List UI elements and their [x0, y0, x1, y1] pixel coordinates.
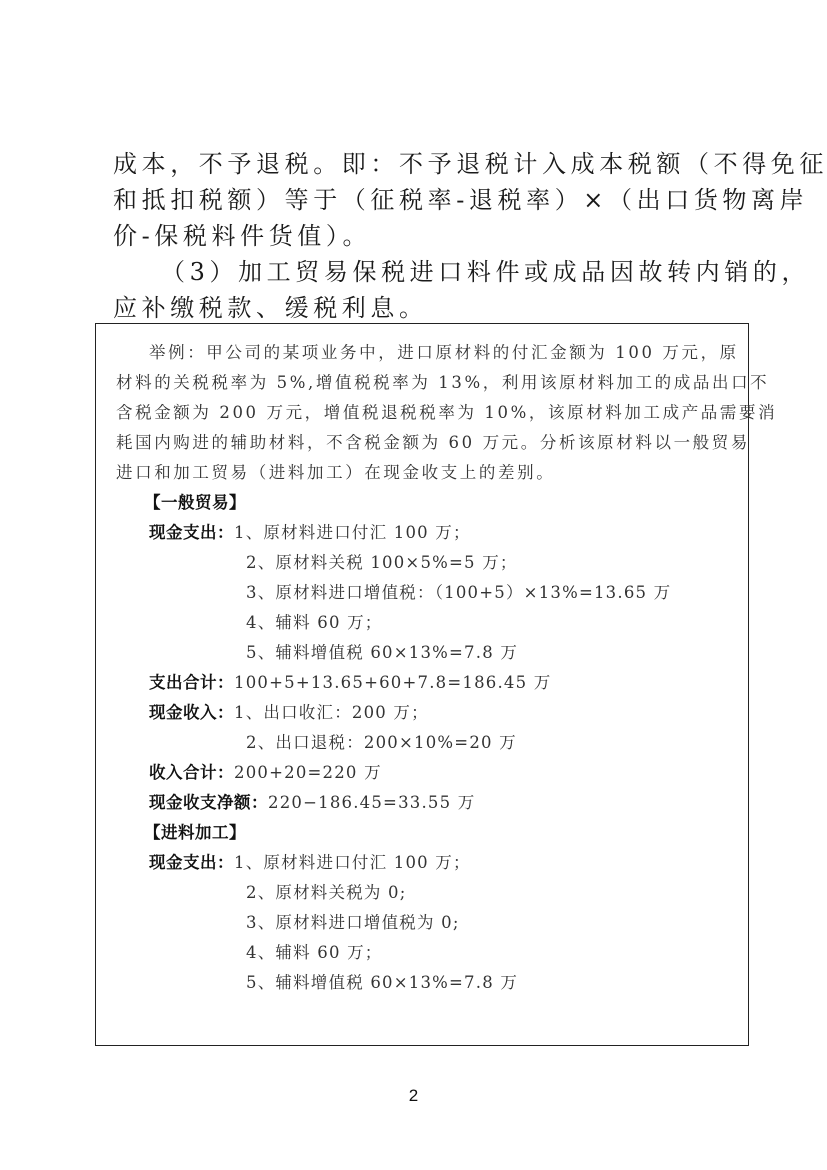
item-3-line: （3）加工贸易保税进口料件或成品因故转内销的， [113, 254, 733, 290]
cash-out-item: 5、辅料增值税 60×13%=7.8 万 [116, 968, 777, 998]
example-content: 举例：甲公司的某项业务中，进口原材料的付汇金额为 100 万元，原 材料的关税税… [116, 338, 777, 998]
intro-line: 和抵扣税额）等于（征税率-退税率）×（出口货物离岸 [113, 182, 733, 218]
cash-out-item: 5、辅料增值税 60×13%=7.8 万 [116, 638, 777, 668]
example-paragraph-line: 含税金额为 200 万元，增值税退税税率为 10%，该原材料加工成产品需要消 [116, 398, 777, 428]
cash-out-label: 现金支出： [116, 518, 234, 548]
in-total-value: 200+20=220 万 [234, 758, 382, 788]
processing-cash-out-row: 现金支出： 1、原材料进口付汇 100 万； [116, 848, 777, 878]
out-total-row: 支出合计： 100+5+13.65+60+7.8=186.45 万 [116, 668, 777, 698]
cash-in-label: 现金收入： [116, 698, 234, 728]
cash-out-item: 4、辅料 60 万； [116, 608, 777, 638]
cash-out-item: 2、原材料关税 100×5%=5 万； [116, 548, 777, 578]
in-total-label: 收入合计： [116, 758, 234, 788]
page-number: 2 [0, 1086, 827, 1106]
cash-out-item: 2、原材料关税为 0; [116, 878, 777, 908]
cash-out-item: 3、原材料进口增值税为 0; [116, 908, 777, 938]
example-box: 举例：甲公司的某项业务中，进口原材料的付汇金额为 100 万元，原 材料的关税税… [95, 323, 749, 1046]
out-total-value: 100+5+13.65+60+7.8=186.45 万 [234, 668, 551, 698]
cash-out-item: 4、辅料 60 万； [116, 938, 777, 968]
example-paragraph-line: 材料的关税税率为 5%,增值税税率为 13%，利用该原材料加工的成品出口不 [116, 368, 777, 398]
intro-line: 成本，不予退税。即：不予退税计入成本税额（不得免征 [113, 146, 733, 182]
net-label: 现金收支净额： [116, 788, 268, 818]
cash-out-item: 3、原材料进口增值税：（100+5）×13%=13.65 万 [116, 578, 777, 608]
intro-paragraph: 成本，不予退税。即：不予退税计入成本税额（不得免征 和抵扣税额）等于（征税率-退… [113, 146, 733, 326]
cash-in-item: 1、出口收汇：200 万； [234, 698, 429, 728]
processing-trade-title: 【进料加工】 [116, 818, 777, 848]
example-paragraph-line: 进口和加工贸易（进料加工）在现金收支上的差别。 [116, 458, 777, 488]
example-paragraph-line: 举例：甲公司的某项业务中，进口原材料的付汇金额为 100 万元，原 [116, 338, 777, 368]
net-row: 现金收支净额： 220−186.45=33.55 万 [116, 788, 777, 818]
cash-out-label: 现金支出： [116, 848, 234, 878]
item-3-line: 应补缴税款、缓税利息。 [113, 290, 733, 326]
cash-out-item: 1、原材料进口付汇 100 万； [234, 518, 471, 548]
cash-in-row: 现金收入： 1、出口收汇：200 万； [116, 698, 777, 728]
cash-in-item: 2、出口退税：200×10%=20 万 [116, 728, 777, 758]
out-total-label: 支出合计： [116, 668, 234, 698]
in-total-row: 收入合计： 200+20=220 万 [116, 758, 777, 788]
general-trade-title: 【一般贸易】 [116, 488, 777, 518]
intro-line: 价-保税料件货值）。 [113, 218, 733, 254]
net-value: 220−186.45=33.55 万 [268, 788, 475, 818]
example-paragraph-line: 耗国内购进的辅助材料，不含税金额为 60 万元。分析该原材料以一般贸易 [116, 428, 777, 458]
general-cash-out-row: 现金支出： 1、原材料进口付汇 100 万； [116, 518, 777, 548]
cash-out-item: 1、原材料进口付汇 100 万； [234, 848, 471, 878]
